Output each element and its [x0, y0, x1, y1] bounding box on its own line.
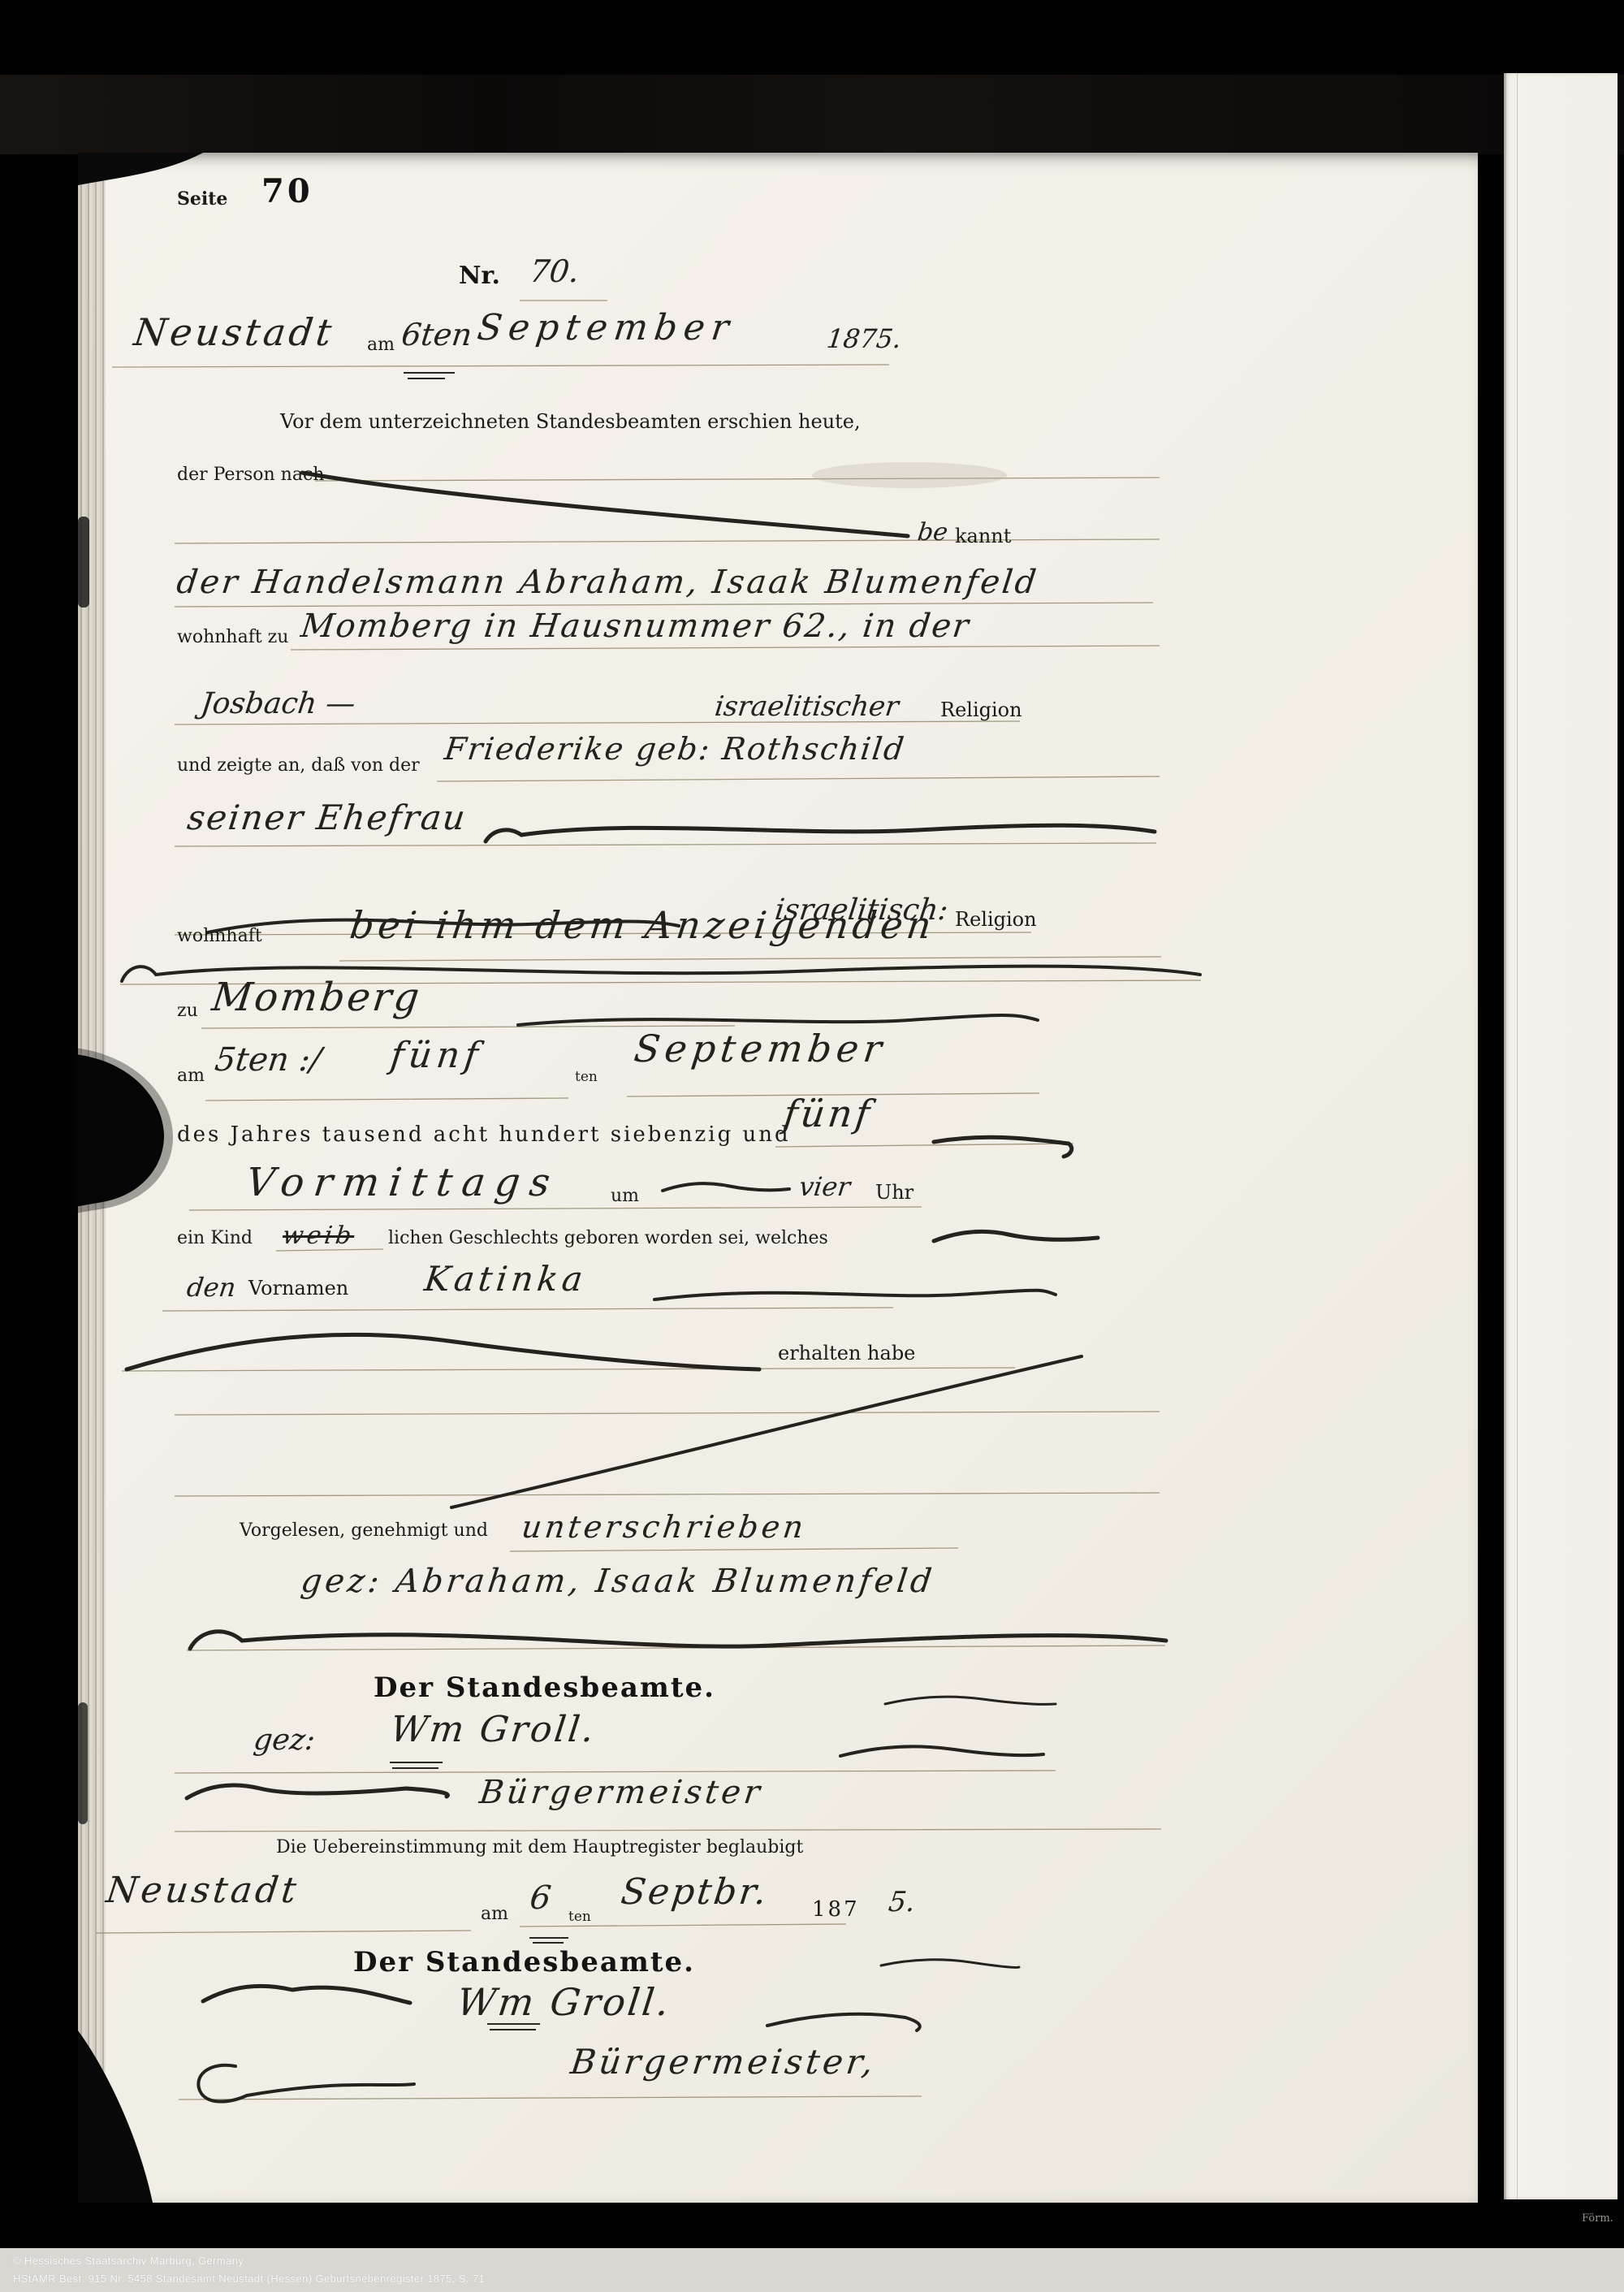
declarant-name-line: der Handelsmann Abraham, Isaak Blumenfel…: [175, 564, 1040, 601]
registration-place: Neustadt: [132, 310, 337, 354]
bekannt-handwritten-prefix: be: [916, 518, 949, 547]
archive-reference: HStAMR Best. 915 Nr. 5458 Standesamt Neu…: [13, 2273, 485, 2285]
attestation-month: Septbr.: [619, 1871, 771, 1913]
uhr-label: Uhr: [875, 1181, 914, 1204]
birth-day-numeric: 5ten :/: [213, 1041, 323, 1079]
official-signature-2: Wm Groll.: [455, 1980, 674, 2024]
intro-line: Vor dem unterzeichneten Standesbeamten e…: [280, 410, 861, 433]
am-label-2: am: [177, 1066, 205, 1086]
um-label: um: [611, 1186, 639, 1206]
attestation-am: am: [481, 1904, 508, 1924]
wohnhaft-zu-label: wohnhaft zu: [177, 627, 288, 647]
wohnhaft-label: wohnhaft: [177, 926, 262, 946]
father-religion: israelitischer: [713, 690, 901, 723]
attestation-place: Neustadt: [104, 1870, 301, 1911]
archive-footer-strip: © Hessisches Staatsarchiv Marburg, Germa…: [0, 2248, 1624, 2292]
ehefrau-line: seiner Ehefrau: [185, 798, 469, 837]
person-nach-label: der Person nach: [177, 465, 324, 485]
declarant-signature: gez: Abraham, Isaak Blumenfeld: [299, 1563, 937, 1600]
record-number-value: 70.: [528, 253, 581, 289]
scanned-register-page: Seite 70 Nr. 70. Neustadt am 6ten Septem…: [0, 0, 1624, 2292]
residence-district: Josbach —: [199, 687, 357, 720]
birth-month: September: [632, 1027, 889, 1070]
year-printed-line: des Jahres tausend acht hundert siebenzi…: [177, 1122, 791, 1147]
mother-name: Friederike geb: Rothschild: [443, 731, 907, 767]
scan-top-band: [0, 75, 1624, 154]
bekannt-printed: kannt: [955, 525, 1011, 547]
gez-abbrev: gez:: [252, 1723, 317, 1757]
unterschrieben-handwritten: unterschrieben: [520, 1509, 809, 1545]
child-gender: weib: [281, 1222, 356, 1250]
page-label: Seite: [177, 188, 227, 210]
birth-place: Momberg: [209, 975, 424, 1020]
birth-year-word: fünf: [781, 1092, 875, 1135]
residence-line: Momberg in Hausnummer 62., in der: [299, 608, 972, 645]
official-signature-1: Wm Groll.: [388, 1709, 598, 1750]
am-label: am: [367, 335, 395, 355]
kind-label-2: lichen Geschlechts geboren worden sei, w…: [388, 1228, 828, 1248]
religion-label-1: Religion: [940, 698, 1022, 721]
child-first-name: Katinka: [422, 1259, 589, 1299]
kind-label-1: ein Kind: [177, 1228, 253, 1248]
book-spine-edge: [78, 153, 106, 2203]
den-handwritten: den: [185, 1272, 238, 1303]
mayor-title-1: Bürgermeister: [477, 1774, 765, 1811]
erhalten-habe-label: erhalten habe: [778, 1342, 915, 1364]
attestation-year-printed: 187: [812, 1897, 860, 1922]
vornamen-label: Vornamen: [248, 1277, 348, 1300]
registration-month: September: [475, 307, 737, 348]
form-margin-label: Förm.: [1582, 2212, 1613, 2225]
birth-hour: vier: [797, 1171, 852, 1202]
attestation-statement: Die Uebereinstimmung mit dem Hauptregist…: [276, 1837, 803, 1857]
next-page-edge-line: [1517, 73, 1518, 2199]
registration-day: 6ten: [400, 317, 474, 352]
official-title-1: Der Standesbeamte.: [374, 1671, 715, 1704]
archive-copyright: © Hessisches Staatsarchiv Marburg, Germa…: [13, 2255, 244, 2267]
attestation-year-digit: 5.: [887, 1886, 917, 1918]
ten-suffix: ten: [575, 1069, 598, 1085]
religion-label-2: Religion: [955, 908, 1037, 931]
time-of-day: Vormittags: [244, 1160, 562, 1205]
attestation-ten: ten: [568, 1909, 591, 1925]
zeigte-an-label: und zeigte an, daß von der: [177, 755, 420, 776]
page-number: 70: [261, 172, 313, 210]
registration-year: 1875.: [825, 323, 903, 354]
mother-residence: bei ihm dem Anzeigenden: [348, 903, 938, 947]
next-page-edge: [1504, 73, 1618, 2199]
mayor-title-2: Bürgermeister,: [568, 2042, 879, 2082]
vorgelesen-label: Vorgelesen, genehmigt und: [240, 1520, 488, 1541]
record-number-label: Nr.: [459, 262, 500, 290]
birth-day-word: fünf: [388, 1035, 486, 1076]
zu-label: zu: [177, 1001, 198, 1021]
official-title-2: Der Standesbeamte.: [353, 1946, 695, 1978]
